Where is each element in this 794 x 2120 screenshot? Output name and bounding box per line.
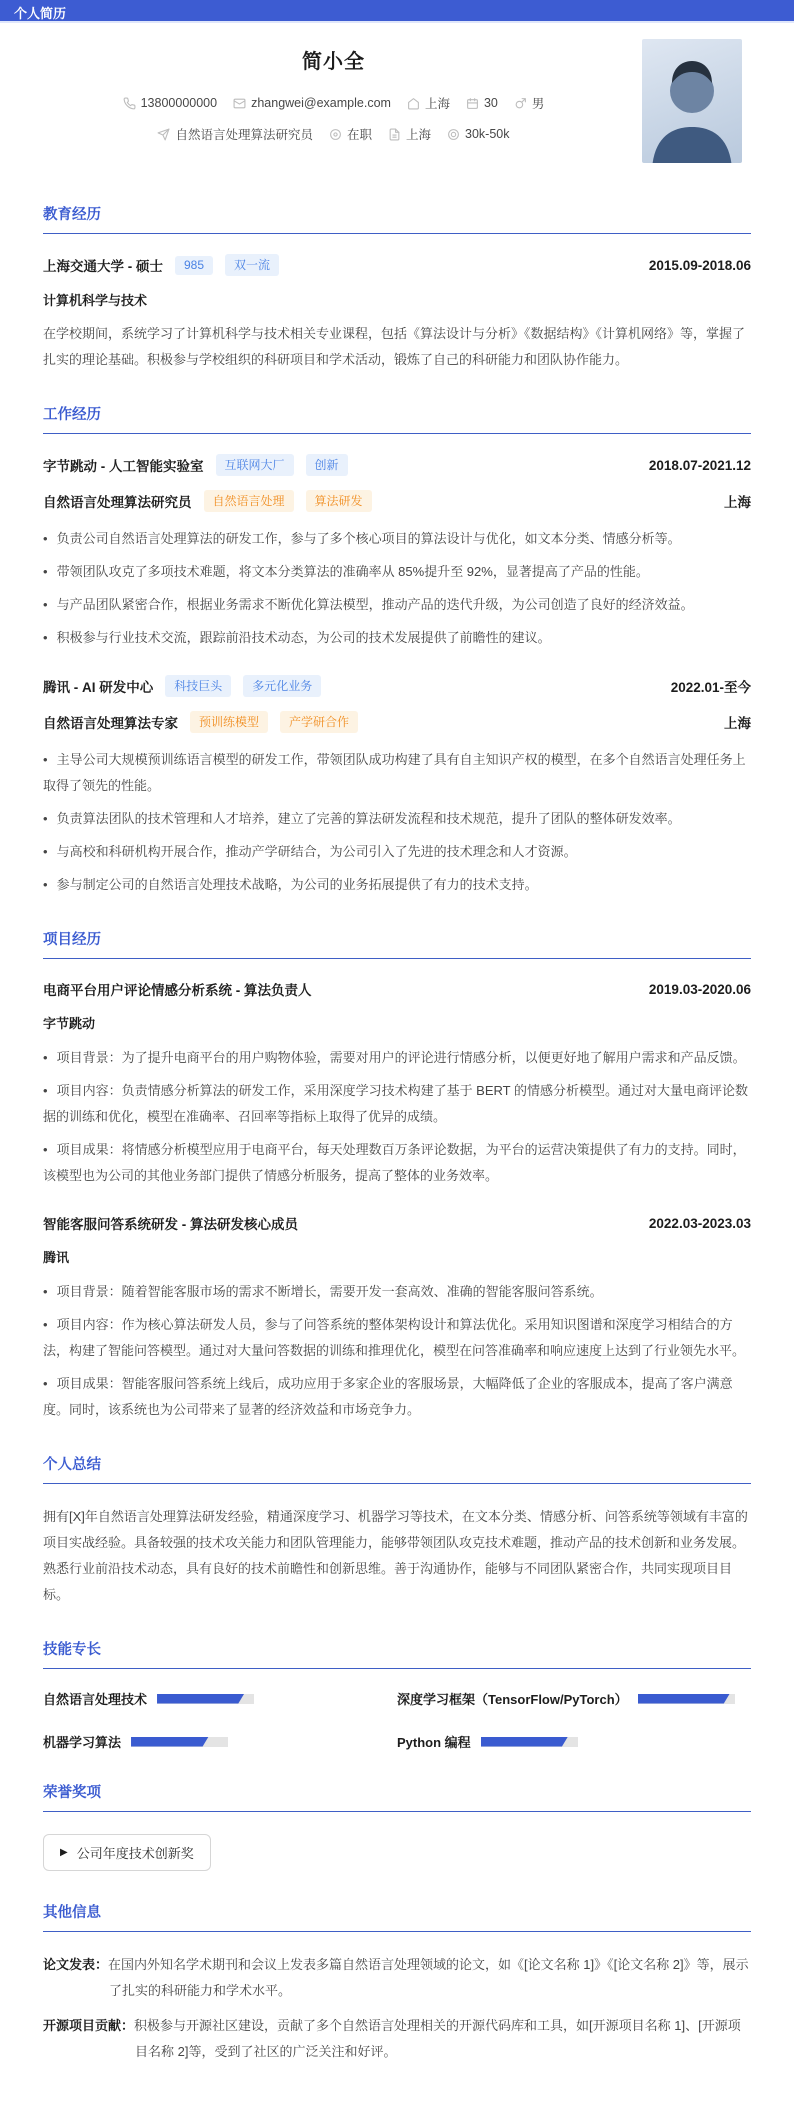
honors-section-title: 荣誉奖项 xyxy=(43,1781,751,1812)
skill-bar xyxy=(131,1737,228,1747)
skill-item: 机器学习算法 xyxy=(43,1732,397,1751)
project-entry: 电商平台用户评论情感分析系统 - 算法负责人 2019.03-2020.06 字… xyxy=(43,979,751,1189)
gender-icon xyxy=(514,97,527,110)
job-status-value: 在职 xyxy=(347,125,372,143)
bullet-text: 与高校和科研机构开展合作，推动产学研结合，为公司引入了先进的技术理念和人才资源。 xyxy=(57,844,577,859)
role-tag: 算法研发 xyxy=(306,490,372,512)
other-item: 开源项目贡献：积极参与开源社区建设，贡献了多个自然语言处理相关的开源代码库和工具… xyxy=(43,2013,751,2065)
bullet-dot: • xyxy=(43,811,48,826)
salary-value: 30k-50k xyxy=(465,127,509,141)
bullet-text: 负责算法团队的技术管理和人才培养，建立了完善的算法研发流程和技术规范，提升了团队… xyxy=(57,811,681,826)
bullet-dot: • xyxy=(43,1050,48,1065)
play-icon: ▶ xyxy=(60,1847,68,1858)
work-bullets: •负责公司自然语言处理算法的研发工作，参与了多个核心项目的算法设计与优化，如文本… xyxy=(43,526,751,651)
bullet-item: •与高校和科研机构开展合作，推动产学研结合，为公司引入了先进的技术理念和人才资源… xyxy=(43,839,751,865)
salary-item: 30k-50k xyxy=(447,127,509,141)
email-icon xyxy=(233,97,246,110)
skill-item: 深度学习框架（TensorFlow/PyTorch） xyxy=(397,1689,751,1708)
bullet-item: •参与制定公司的自然语言处理技术战略，为公司的业务拓展提供了有力的技术支持。 xyxy=(43,872,751,898)
education-entry-header: 上海交通大学 - 硕士 985 双一流 2015.09-2018.06 xyxy=(43,254,751,276)
bullet-dot: • xyxy=(43,564,48,579)
location-value: 上海 xyxy=(425,94,450,112)
skill-label: 深度学习框架（TensorFlow/PyTorch） xyxy=(397,1689,628,1708)
bullet-item: •项目背景：随着智能客服市场的需求不断增长，需要开发一套高效、准确的智能客服问答… xyxy=(43,1279,751,1305)
bullet-item: •项目内容：作为核心算法研发人员，参与了问答系统的整体架构设计和算法优化。采用知… xyxy=(43,1312,751,1364)
role-name: 自然语言处理算法专家 xyxy=(43,712,178,732)
company-row: 字节跳动 - 人工智能实验室 互联网大厂 创新 xyxy=(43,454,348,476)
company-tag: 互联网大厂 xyxy=(216,454,294,476)
bullet-dot: • xyxy=(43,877,48,892)
work-role-header: 自然语言处理算法专家 预训练模型 产学研合作 上海 xyxy=(43,711,751,733)
skill-item: 自然语言处理技术 xyxy=(43,1689,397,1708)
age-value: 30 xyxy=(484,96,498,110)
projects-section-title: 项目经历 xyxy=(43,928,751,959)
section-education: 教育经历 上海交通大学 - 硕士 985 双一流 2015.09-2018.06… xyxy=(43,203,751,373)
bullet-text: 项目成果：将情感分析模型应用于电商平台，每天处理数百万条评论数据，为平台的运营决… xyxy=(43,1142,746,1183)
job-status-icon xyxy=(329,128,342,141)
profile-photo xyxy=(642,39,742,163)
other-item-label: 开源项目贡献： xyxy=(43,2018,134,2033)
company-name: 字节跳动 - 人工智能实验室 xyxy=(43,455,204,475)
section-work: 工作经历 字节跳动 - 人工智能实验室 互联网大厂 创新 2018.07-202… xyxy=(43,403,751,898)
bullet-dot: • xyxy=(43,1284,48,1299)
skills-grid: 自然语言处理技术 深度学习框架（TensorFlow/PyTorch） 机器学习… xyxy=(43,1689,751,1751)
other-section-title: 其他信息 xyxy=(43,1901,751,1932)
skill-bar xyxy=(638,1694,735,1704)
skill-bar xyxy=(481,1737,578,1747)
project-bullets: •项目背景：为了提升电商平台的用户购物体验，需要对用户的评论进行情感分析，以便更… xyxy=(43,1045,751,1189)
bullet-text: 项目成果：智能客服问答系统上线后，成功应用于多家企业的客服场景，大幅降低了企业的… xyxy=(43,1376,733,1417)
other-item: 论文发表：在国内外知名学术期刊和会议上发表多篇自然语言处理领域的论文，如《[论文… xyxy=(43,1952,751,2004)
role-tag: 自然语言处理 xyxy=(204,490,294,512)
bullet-text: 参与制定公司的自然语言处理技术战略，为公司的业务拓展提供了有力的技术支持。 xyxy=(57,877,538,892)
contact-row-2: 自然语言处理算法研究员 在职 上海 30k-50k xyxy=(43,125,624,143)
education-description: 在学校期间，系统学习了计算机科学与技术相关专业课程，包括《算法设计与分析》《数据… xyxy=(43,321,751,373)
company-row: 腾讯 - AI 研发中心 科技巨头 多元化业务 xyxy=(43,675,321,697)
section-honors: 荣誉奖项 ▶ 公司年度技术创新奖 xyxy=(43,1781,751,1871)
work-location: 上海 xyxy=(724,712,751,732)
location-item: 上海 xyxy=(407,94,450,112)
section-other: 其他信息 论文发表：在国内外知名学术期刊和会议上发表多篇自然语言处理领域的论文，… xyxy=(43,1901,751,2065)
email-value: zhangwei@example.com xyxy=(251,96,391,110)
skill-bar-fill xyxy=(638,1694,730,1704)
work-entry: 字节跳动 - 人工智能实验室 互联网大厂 创新 2018.07-2021.12 … xyxy=(43,454,751,651)
work-location: 上海 xyxy=(724,491,751,511)
job-intention-icon xyxy=(157,128,170,141)
phone-value: 13800000000 xyxy=(141,96,217,110)
bullet-text: 负责公司自然语言处理算法的研发工作，参与了多个核心项目的算法设计与优化，如文本分… xyxy=(57,531,681,546)
bullet-text: 项目内容：作为核心算法研发人员，参与了问答系统的整体架构设计和算法优化。采用知识… xyxy=(43,1317,745,1358)
city-icon xyxy=(388,128,401,141)
section-skills: 技能专长 自然语言处理技术 深度学习框架（TensorFlow/PyTorch）… xyxy=(43,1638,751,1751)
section-summary: 个人总结 拥有[X]年自然语言处理算法研发经验，精通深度学习、机器学习等技术，在… xyxy=(43,1453,751,1608)
bullet-item: •负责算法团队的技术管理和人才培养，建立了完善的算法研发流程和技术规范，提升了团… xyxy=(43,806,751,832)
work-entry-header: 字节跳动 - 人工智能实验室 互联网大厂 创新 2018.07-2021.12 xyxy=(43,454,751,476)
award-label: 公司年度技术创新奖 xyxy=(77,1843,194,1862)
bullet-text: 带领团队攻克了多项技术难题，将文本分类算法的准确率从 85%提升至 92%，显著… xyxy=(57,564,649,579)
bullet-text: 项目背景：为了提升电商平台的用户购物体验，需要对用户的评论进行情感分析，以便更好… xyxy=(57,1050,746,1065)
summary-text: 拥有[X]年自然语言处理算法研发经验，精通深度学习、机器学习等技术，在文本分类、… xyxy=(43,1504,751,1608)
project-bullets: •项目背景：随着智能客服市场的需求不断增长，需要开发一套高效、准确的智能客服问答… xyxy=(43,1279,751,1423)
bullet-dot: • xyxy=(43,1376,48,1391)
project-name: 智能客服问答系统研发 - 算法研发核心成员 xyxy=(43,1213,298,1233)
candidate-name: 简小全 xyxy=(43,45,624,74)
skill-label: Python 编程 xyxy=(397,1732,471,1751)
bullet-dot: • xyxy=(43,1083,48,1098)
salary-icon xyxy=(447,128,460,141)
work-date: 2022.01-至今 xyxy=(671,676,751,696)
bullet-text: 主导公司大规模预训练语言模型的研发工作，带领团队成功构建了具有自主知识产权的模型… xyxy=(43,752,746,793)
project-entry-header: 智能客服问答系统研发 - 算法研发核心成员 2022.03-2023.03 xyxy=(43,1213,751,1233)
bullet-item: •项目成果：智能客服问答系统上线后，成功应用于多家企业的客服场景，大幅降低了企业… xyxy=(43,1371,751,1423)
work-role-header: 自然语言处理算法研究员 自然语言处理 算法研发 上海 xyxy=(43,490,751,512)
bullet-item: •积极参与行业技术交流，跟踪前沿技术动态，为公司的技术发展提供了前瞻性的建议。 xyxy=(43,625,751,651)
school-tag: 双一流 xyxy=(225,254,279,276)
company-tag: 创新 xyxy=(306,454,348,476)
page-title: 个人简历 xyxy=(14,6,66,21)
gender-item: 男 xyxy=(514,94,545,112)
award-expand-button[interactable]: ▶ 公司年度技术创新奖 xyxy=(43,1834,211,1871)
phone-item: 13800000000 xyxy=(123,96,217,110)
bullet-item: •与产品团队紧密合作，根据业务需求不断优化算法模型，推动产品的迭代升级，为公司创… xyxy=(43,592,751,618)
skill-bar-fill xyxy=(157,1694,244,1704)
job-intention-value: 自然语言处理算法研究员 xyxy=(175,125,313,143)
bullet-dot: • xyxy=(43,752,48,767)
education-section-title: 教育经历 xyxy=(43,203,751,234)
bullet-dot: • xyxy=(43,1142,48,1157)
other-item-label: 论文发表： xyxy=(43,1957,108,1972)
bullet-text: 项目背景：随着智能客服市场的需求不断增长，需要开发一套高效、准确的智能客服问答系… xyxy=(57,1284,603,1299)
skill-bar-fill xyxy=(131,1737,209,1747)
phone-icon xyxy=(123,97,136,110)
page-title-bar: 个人简历 xyxy=(0,0,794,23)
home-icon xyxy=(407,97,420,110)
project-company: 腾讯 xyxy=(43,1247,751,1266)
city-item: 上海 xyxy=(388,125,431,143)
project-name: 电商平台用户评论情感分析系统 - 算法负责人 xyxy=(43,979,312,999)
company-tag: 科技巨头 xyxy=(165,675,231,697)
page-bottom-padding xyxy=(0,2074,794,2120)
job-status-item: 在职 xyxy=(329,125,372,143)
role-tag: 预训练模型 xyxy=(190,711,268,733)
role-name: 自然语言处理算法研究员 xyxy=(43,491,192,511)
school-name: 上海交通大学 - 硕士 xyxy=(43,255,163,275)
role-tag: 产学研合作 xyxy=(280,711,358,733)
person-silhouette-icon xyxy=(642,45,742,163)
work-section-title: 工作经历 xyxy=(43,403,751,434)
other-item-text: 积极参与开源社区建设，贡献了多个自然语言处理相关的开源代码库和工具，如[开源项目… xyxy=(134,2018,741,2059)
gender-value: 男 xyxy=(532,94,545,112)
age-item: 30 xyxy=(466,96,498,110)
work-date: 2018.07-2021.12 xyxy=(649,458,751,473)
job-intention-item: 自然语言处理算法研究员 xyxy=(157,125,313,143)
skills-section-title: 技能专长 xyxy=(43,1638,751,1669)
education-date: 2015.09-2018.06 xyxy=(649,258,751,273)
email-item: zhangwei@example.com xyxy=(233,96,391,110)
bullet-item: •主导公司大规模预训练语言模型的研发工作，带领团队成功构建了具有自主知识产权的模… xyxy=(43,747,751,799)
bullet-text: 项目内容：负责情感分析算法的研发工作，采用深度学习技术构建了基于 BERT 的情… xyxy=(43,1083,748,1124)
bullet-item: •项目成果：将情感分析模型应用于电商平台，每天处理数百万条评论数据，为平台的运营… xyxy=(43,1137,751,1189)
skill-item: Python 编程 xyxy=(397,1732,751,1751)
bullet-item: •项目内容：负责情感分析算法的研发工作，采用深度学习技术构建了基于 BERT 的… xyxy=(43,1078,751,1130)
resume-header: 简小全 13800000000 zhangwei@example.com 上海 … xyxy=(0,23,794,173)
work-bullets: •主导公司大规模预训练语言模型的研发工作，带领团队成功构建了具有自主知识产权的模… xyxy=(43,747,751,898)
other-item-text: 在国内外知名学术期刊和会议上发表多篇自然语言处理领域的论文，如《[论文名称 1]… xyxy=(108,1957,749,1998)
age-icon xyxy=(466,97,479,110)
education-school-row: 上海交通大学 - 硕士 985 双一流 xyxy=(43,254,279,276)
bullet-text: 积极参与行业技术交流，跟踪前沿技术动态，为公司的技术发展提供了前瞻性的建议。 xyxy=(57,630,551,645)
bullet-dot: • xyxy=(43,844,48,859)
project-entry-header: 电商平台用户评论情感分析系统 - 算法负责人 2019.03-2020.06 xyxy=(43,979,751,999)
summary-section-title: 个人总结 xyxy=(43,1453,751,1484)
bullet-dot: • xyxy=(43,597,48,612)
section-projects: 项目经历 电商平台用户评论情感分析系统 - 算法负责人 2019.03-2020… xyxy=(43,928,751,1423)
contact-row-1: 13800000000 zhangwei@example.com 上海 30 男 xyxy=(43,94,624,112)
skill-bar-fill xyxy=(481,1737,568,1747)
project-date: 2019.03-2020.06 xyxy=(649,982,751,997)
bullet-text: 与产品团队紧密合作，根据业务需求不断优化算法模型，推动产品的迭代升级，为公司创造… xyxy=(57,597,694,612)
role-row: 自然语言处理算法专家 预训练模型 产学研合作 xyxy=(43,711,358,733)
project-company: 字节跳动 xyxy=(43,1013,751,1032)
bullet-dot: • xyxy=(43,531,48,546)
project-date: 2022.03-2023.03 xyxy=(649,1216,751,1231)
company-tag: 多元化业务 xyxy=(243,675,321,697)
work-entry: 腾讯 - AI 研发中心 科技巨头 多元化业务 2022.01-至今 自然语言处… xyxy=(43,675,751,898)
project-entry: 智能客服问答系统研发 - 算法研发核心成员 2022.03-2023.03 腾讯… xyxy=(43,1213,751,1423)
bullet-item: •负责公司自然语言处理算法的研发工作，参与了多个核心项目的算法设计与优化，如文本… xyxy=(43,526,751,552)
bullet-item: •项目背景：为了提升电商平台的用户购物体验，需要对用户的评论进行情感分析，以便更… xyxy=(43,1045,751,1071)
skill-label: 自然语言处理技术 xyxy=(43,1689,147,1708)
company-name: 腾讯 - AI 研发中心 xyxy=(43,676,153,696)
skill-bar xyxy=(157,1694,254,1704)
school-tag: 985 xyxy=(175,256,213,275)
role-row: 自然语言处理算法研究员 自然语言处理 算法研发 xyxy=(43,490,372,512)
work-entry-header: 腾讯 - AI 研发中心 科技巨头 多元化业务 2022.01-至今 xyxy=(43,675,751,697)
bullet-dot: • xyxy=(43,630,48,645)
header-info: 简小全 13800000000 zhangwei@example.com 上海 … xyxy=(43,39,624,156)
city-value: 上海 xyxy=(406,125,431,143)
skill-label: 机器学习算法 xyxy=(43,1732,121,1751)
bullet-dot: • xyxy=(43,1317,48,1332)
bullet-item: •带领团队攻克了多项技术难题，将文本分类算法的准确率从 85%提升至 92%，显… xyxy=(43,559,751,585)
education-major: 计算机科学与技术 xyxy=(43,290,751,309)
